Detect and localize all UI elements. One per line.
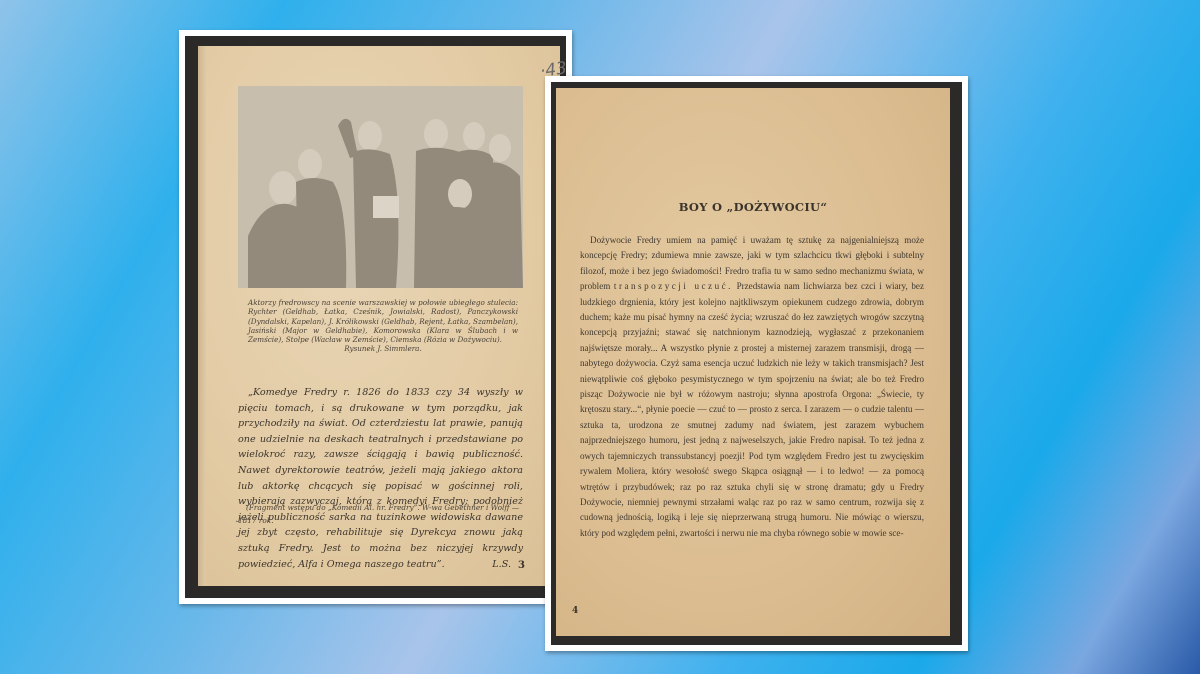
left-page-spine — [198, 46, 206, 586]
caption-credit: Rysunek J. Simmlera. — [248, 344, 518, 353]
article-body-spaced-phrase: transpozycji uczuć. — [614, 281, 733, 291]
right-page-mat: BOY O „DOŻYWOCIU“ Dożywocie Fredry umiem… — [551, 82, 962, 645]
left-page-photo-frame: ·43 — [179, 30, 572, 604]
left-page-mat: ·43 — [185, 36, 566, 598]
fredro-quote: „Komedye Fredry r. 1826 do 1833 czy 34 w… — [238, 385, 523, 572]
right-page-photo-frame: BOY O „DOŻYWOCIU“ Dożywocie Fredry umiem… — [545, 76, 968, 651]
actors-engraving-image — [238, 86, 523, 288]
article-body-part-2: Przedstawia nam lichwiarza bez czci i wi… — [580, 281, 924, 538]
page-number-left: 3 — [518, 560, 525, 571]
quote-source-note: (Fragment wstępu do „Komedii Al. hr. Fre… — [238, 501, 523, 527]
caption-text: Aktorzy fredrowscy na scenie warszawskie… — [248, 298, 518, 344]
quote-text: „Komedye Fredry r. 1826 do 1833 czy 34 w… — [238, 387, 523, 570]
page-number-right: 4 — [572, 606, 578, 616]
article-body: Dożywocie Fredry umiem na pamięć i uważa… — [580, 233, 924, 541]
actors-illustration — [238, 86, 523, 288]
right-page-paper: BOY O „DOŻYWOCIU“ Dożywocie Fredry umiem… — [556, 88, 950, 636]
left-page-paper: ·43 — [198, 46, 560, 586]
article-title: BOY O „DOŻYWOCIU“ — [556, 200, 950, 214]
illustration-caption: Aktorzy fredrowscy na scenie warszawskie… — [248, 298, 518, 354]
quote-signature: L.S. — [482, 557, 511, 573]
